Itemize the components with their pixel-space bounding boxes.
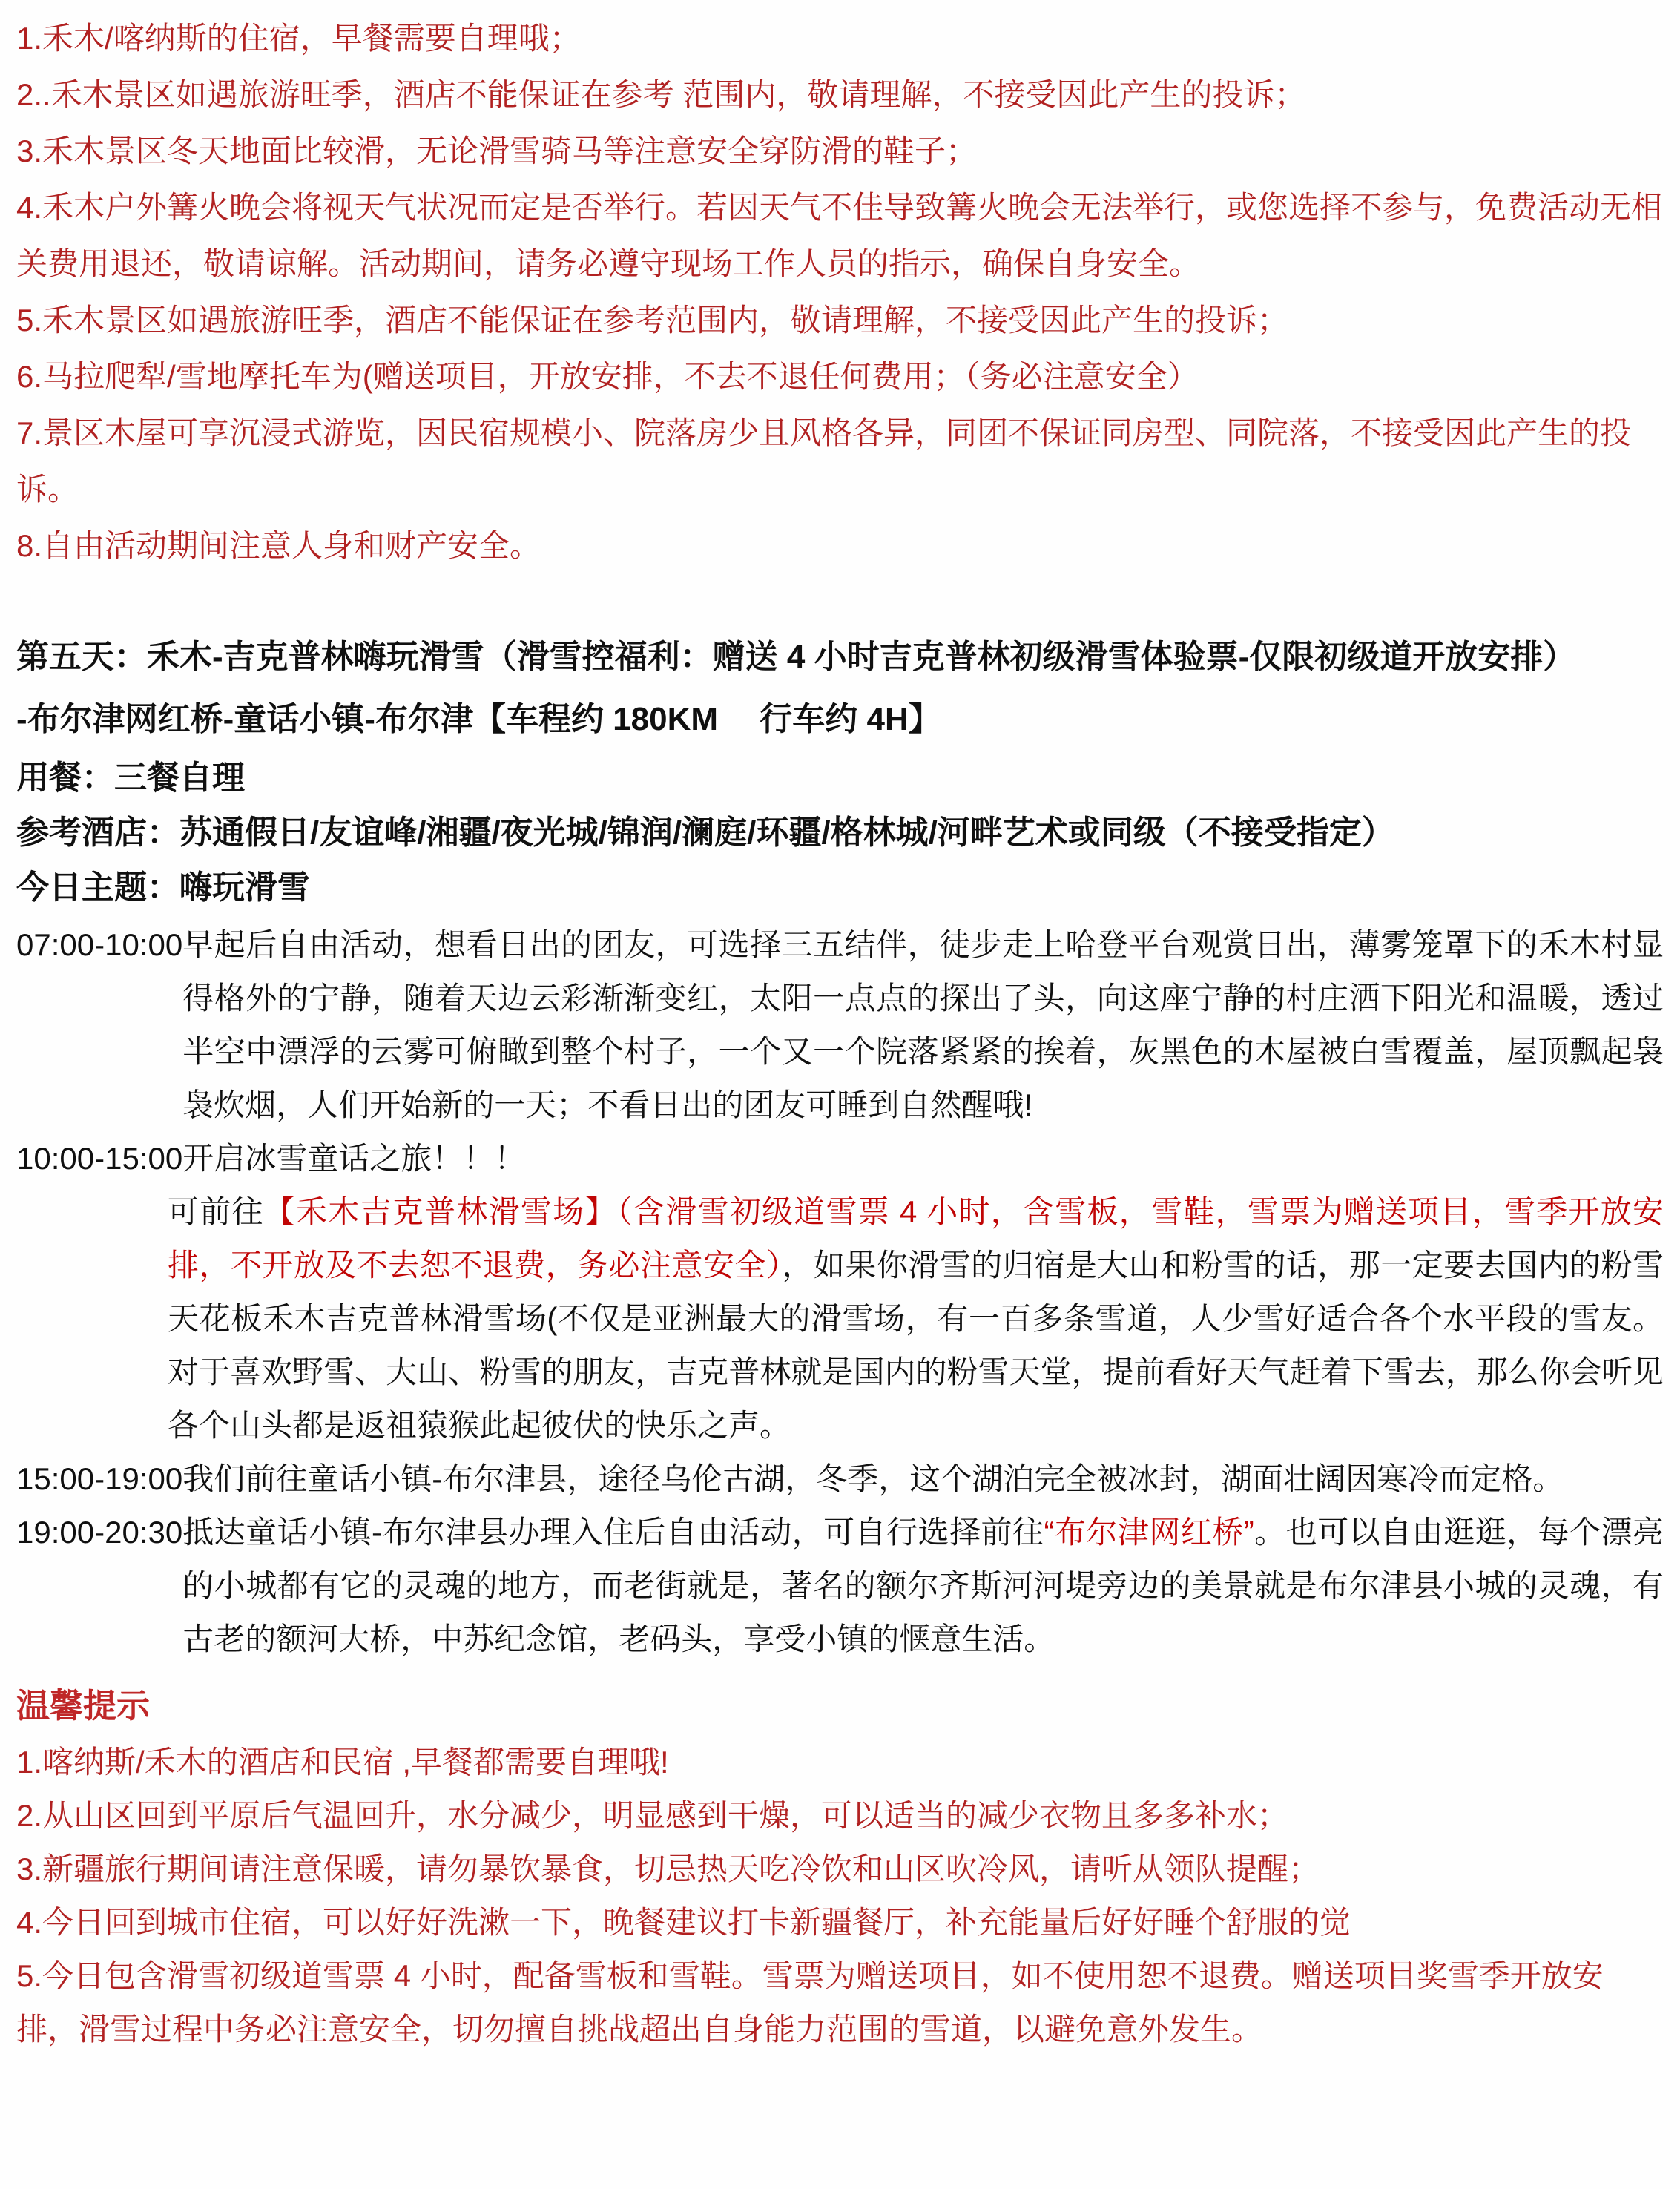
tip-5: 5.今日包含滑雪初级道雪票 4 小时，配备雪板和雪鞋。雪票为赠送项目，如不使用恕… (16, 1949, 1664, 2056)
schedule-text-run: 抵达童话小镇-布尔津县办理入住后自由活动，可自行选择前往 (182, 1515, 1044, 1550)
top-note-8: 8.自由活动期间注意人身和财产安全。 (16, 518, 1664, 574)
schedule-item-afternoon: 15:00-19:00 我们前往童话小镇-布尔津县，途径乌伦古湖，冬季，这个湖泊… (16, 1452, 1664, 1506)
top-note-3: 3.禾木景区冬天地面比较滑，无论滑雪骑马等注意安全穿防滑的鞋子； (16, 123, 1664, 180)
top-note-6: 6.马拉爬犁/雪地摩托车为(赠送项目，开放安排，不去不退任何费用；（务必注意安全… (16, 349, 1664, 405)
schedule-text: 早起后自由活动，想看日出的团友，可选择三五结伴，徒步走上哈登平台观赏日出，薄雾笼… (182, 918, 1664, 1132)
schedule-time-label: 15:00-19:00 (16, 1452, 182, 1506)
schedule-text: 开启冰雪童话之旅！！！ (182, 1132, 1664, 1185)
day5-theme-line: 今日主题：嗨玩滑雪 (16, 860, 1664, 915)
itinerary-document-page: 1.禾木/喀纳斯的住宿，早餐需要自理哦； 2..禾木景区如遇旅游旺季，酒店不能保… (0, 0, 1680, 2189)
schedule-text: 我们前往童话小镇-布尔津县，途径乌伦古湖，冬季，这个湖泊完全被冰封，湖面壮阔因寒… (182, 1452, 1664, 1506)
day5-title-line-1: 第五天：禾木-吉克普林嗨玩滑雪（滑雪控福利：赠送 4 小时吉克普林初级滑雪体验票… (16, 626, 1664, 688)
schedule-text-run: 我们前往童话小镇-布尔津县，途径乌伦古湖，冬季，这个湖泊完全被冰封，湖面壮阔因寒… (182, 1461, 1564, 1496)
day5-hotels-line: 参考酒店：苏通假日/友谊峰/湘疆/夜光城/锦润/澜庭/环疆/格林城/河畔艺术或同… (16, 806, 1664, 860)
schedule-item-ski-headline: 10:00-15:00 开启冰雪童话之旅！！！ (16, 1132, 1664, 1185)
day5-header-section: 第五天：禾木-吉克普林嗨玩滑雪（滑雪控福利：赠送 4 小时吉克普林初级滑雪体验票… (16, 626, 1664, 915)
tip-1: 1.喀纳斯/禾木的酒店和民宿 ,早餐都需要自理哦! (16, 1736, 1664, 1789)
top-notes-section: 1.禾木/喀纳斯的住宿，早餐需要自理哦； 2..禾木景区如遇旅游旺季，酒店不能保… (16, 10, 1664, 574)
schedule-time-label: 19:00-20:30 (16, 1506, 182, 1559)
tip-4: 4.今日回到城市住宿，可以好好洗漱一下，晚餐建议打卡新疆餐厅，补充能量后好好睡个… (16, 1896, 1664, 1949)
tip-2: 2.从山区回到平原后气温回升，水分减少，明显感到干燥，可以适当的减少衣物且多多补… (16, 1789, 1664, 1843)
schedule-text-run: 开启冰雪童话之旅！！！ (182, 1141, 525, 1176)
top-note-5: 5.禾木景区如遇旅游旺季，酒店不能保证在参考范围内，敬请理解，不接受因此产生的投… (16, 292, 1664, 349)
schedule-item-evening: 19:00-20:30 抵达童话小镇-布尔津县办理入住后自由活动，可自行选择前往… (16, 1506, 1664, 1666)
day5-meals-line: 用餐：三餐自理 (16, 751, 1664, 806)
tips-heading: 温馨提示 (16, 1676, 1664, 1736)
top-note-1: 1.禾木/喀纳斯的住宿，早餐需要自理哦； (16, 10, 1664, 67)
schedule-text: 抵达童话小镇-布尔津县办理入住后自由活动，可自行选择前往“布尔津网红桥”。也可以… (182, 1506, 1664, 1666)
schedule-time-label: 07:00-10:00 (16, 918, 182, 972)
tips-section: 温馨提示 1.喀纳斯/禾木的酒店和民宿 ,早餐都需要自理哦! 2.从山区回到平原… (16, 1676, 1664, 2056)
schedule-time-label: 10:00-15:00 (16, 1132, 182, 1185)
bridge-highlight-text: “布尔津网红桥” (1044, 1515, 1254, 1550)
tip-3: 3.新疆旅行期间请注意保暖，请勿暴饮暴食，切忌热天吃冷饮和山区吹冷风，请听从领队… (16, 1843, 1664, 1896)
day5-title-line-2: -布尔津网红桥-童话小镇-布尔津【车程约 180KM 行车约 4H】 (16, 688, 1664, 751)
top-note-7: 7.景区木屋可享沉浸式游览，因民宿规模小、院落房少且风格各异，同团不保证同房型、… (16, 405, 1664, 518)
schedule-text-run: 可前往 (168, 1194, 264, 1229)
schedule-section: 07:00-10:00 早起后自由活动，想看日出的团友，可选择三五结伴，徒步走上… (16, 918, 1664, 1666)
top-note-2: 2..禾木景区如遇旅游旺季，酒店不能保证在参考 范围内，敬请理解，不接受因此产生… (16, 67, 1664, 123)
schedule-item-ski-detail: 可前往【禾木吉克普林滑雪场】（含滑雪初级道雪票 4 小时，含雪板，雪鞋，雪票为赠… (16, 1185, 1664, 1452)
schedule-text-run: 早起后自由活动，想看日出的团友，可选择三五结伴，徒步走上哈登平台观赏日出，薄雾笼… (182, 927, 1664, 1122)
schedule-text: 可前往【禾木吉克普林滑雪场】（含滑雪初级道雪票 4 小时，含雪板，雪鞋，雪票为赠… (168, 1185, 1664, 1452)
schedule-item-morning: 07:00-10:00 早起后自由活动，想看日出的团友，可选择三五结伴，徒步走上… (16, 918, 1664, 1132)
top-note-4: 4.禾木户外篝火晚会将视天气状况而定是否举行。若因天气不佳导致篝火晚会无法举行，… (16, 180, 1664, 292)
